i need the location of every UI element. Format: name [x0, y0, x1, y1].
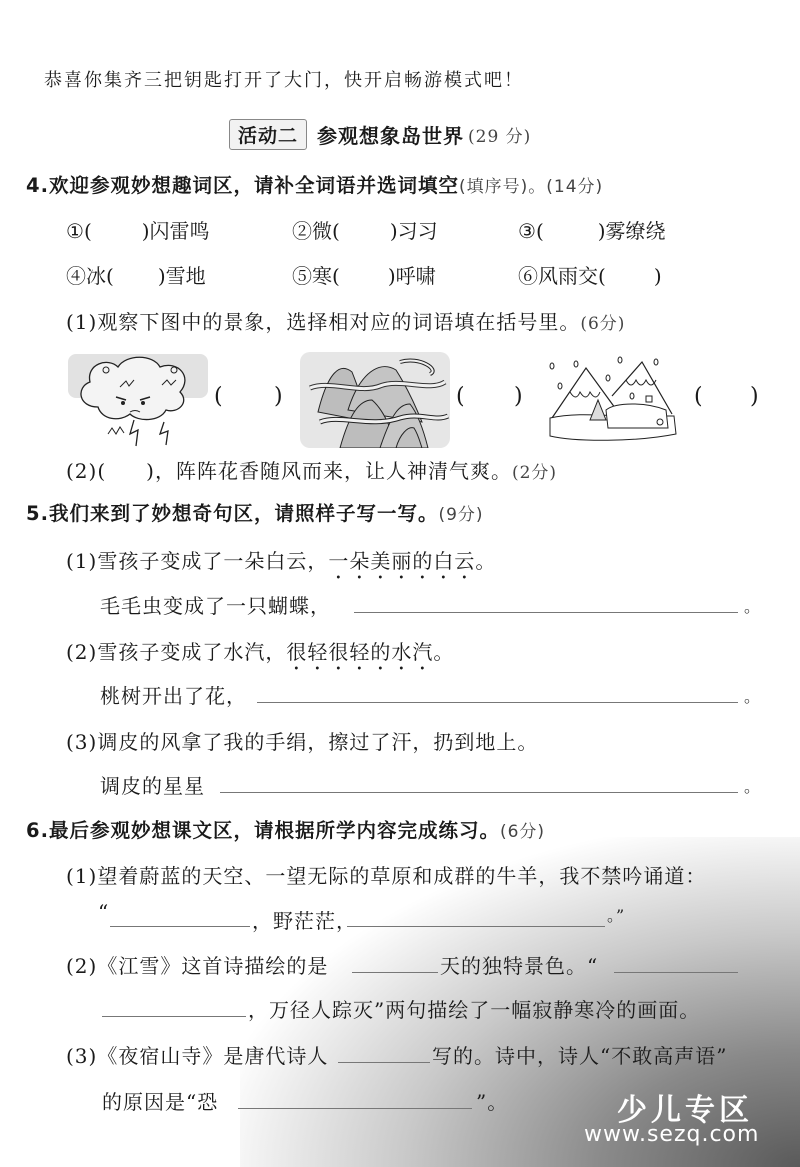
q5-item1-example: (1)雪孩子变成了一朵白云，一朵美丽的白云。 — [66, 545, 496, 584]
option-5: ⑤寒()呼啸 — [292, 260, 436, 289]
activity-badge: 活动二 — [229, 119, 307, 150]
activity-title: 参观想象岛世界 — [317, 120, 464, 149]
q5-item3-period: 。 — [744, 774, 761, 797]
q5-item3-prompt: 调皮的星星 — [100, 770, 205, 799]
q6-item2-season-blank[interactable] — [352, 952, 438, 973]
q6-item1-text: (1)望着蔚蓝的天空、一望无际的草原和成群的牛羊，我不禁吟诵道： — [66, 860, 706, 889]
q6-item3-reason-blank[interactable] — [238, 1088, 472, 1109]
q6-item2-text-a: (2)《江雪》这首诗描绘的是 — [66, 950, 328, 979]
q5-item2-example: (2)雪孩子变成了水汽，很轻很轻的水汽。 — [66, 636, 454, 675]
q6-item3-text-a: (3)《夜宿山寺》是唐代诗人 — [66, 1040, 328, 1069]
q6-item3-poet-blank[interactable] — [338, 1042, 430, 1063]
picture-2-paren-open: ( — [456, 384, 465, 409]
q6-item2-text-b: 天的独特景色。“ — [440, 950, 598, 979]
q6-item3-text-c: 的原因是“恐 — [102, 1086, 218, 1115]
q5-item1-answer-line[interactable] — [354, 592, 738, 613]
option-1: ①()闪雷鸣 — [66, 215, 210, 244]
q5-item1-prompt: 毛毛虫变成了一只蝴蝶， — [100, 590, 331, 619]
q6-item2-text-c: ，万径人踪灭”两句描绘了一幅寂静寒冷的画面。 — [248, 994, 700, 1023]
q6-item3-text-d: ”。 — [476, 1086, 508, 1115]
q4-sub1: (1)观察下图中的景象，选择相对应的词语填在括号里。(6分) — [66, 306, 625, 335]
watermark-url: www.sezq.com — [584, 1122, 759, 1147]
q6-item1-end: 。” — [607, 903, 625, 926]
picture-1-paren-open: ( — [214, 384, 223, 409]
q6-item1-blank-2[interactable] — [347, 906, 605, 927]
option-3: ③()雾缭绕 — [518, 215, 666, 244]
q4-sub2: (2)()，阵阵花香随风而来，让人神清气爽。(2分) — [66, 455, 557, 484]
q6-item2-line-blank-2[interactable] — [102, 996, 246, 1017]
thunderstorm-cloud-image — [68, 352, 208, 452]
q6-item1-middle: ，野茫茫， — [252, 905, 357, 934]
picture-1-paren-close: ) — [274, 384, 283, 409]
q5-item1-period: 。 — [744, 594, 761, 617]
q5-item2-period: 。 — [744, 684, 761, 707]
intro-text: 恭喜你集齐三把钥匙打开了大门，快开启畅游模式吧！ — [44, 66, 524, 92]
activity-score: (29 分) — [468, 122, 531, 147]
q5-item2-prompt: 桃树开出了花， — [100, 680, 247, 709]
activity-heading: 活动二 参观想象岛世界 (29 分) — [229, 119, 531, 150]
question-4-title: 4.欢迎参观妙想趣词区，请补全词语并选词填空(填序号)。(14分) — [26, 170, 603, 198]
q6-item1-blank-1[interactable] — [110, 906, 250, 927]
q5-item3-answer-line[interactable] — [220, 772, 738, 793]
q6-item3-text-b: 写的。诗中，诗人“不敢高声语” — [432, 1040, 727, 1069]
picture-2-paren-close: ) — [514, 384, 523, 409]
option-4: ④冰()雪地 — [66, 260, 206, 289]
question-6-title: 6.最后参观妙想课文区，请根据所学内容完成练习。(6分) — [26, 815, 545, 843]
option-6: ⑥风雨交() — [518, 260, 662, 289]
picture-3-paren-open: ( — [694, 384, 703, 409]
snowy-landscape-image — [546, 356, 682, 442]
picture-3-paren-close: ) — [750, 384, 759, 409]
q6-item2-line-blank-1[interactable] — [614, 952, 738, 973]
q6-item1-open-quote: “ — [98, 900, 109, 924]
q5-item2-answer-line[interactable] — [257, 682, 738, 703]
option-2: ②微()习习 — [292, 215, 438, 244]
question-5-title: 5.我们来到了妙想奇句区，请照样子写一写。(9分) — [26, 498, 484, 526]
misty-mountains-image — [300, 352, 450, 448]
q5-item3-example: (3)调皮的风拿了我的手绢，擦过了汗，扔到地上。 — [66, 726, 538, 755]
